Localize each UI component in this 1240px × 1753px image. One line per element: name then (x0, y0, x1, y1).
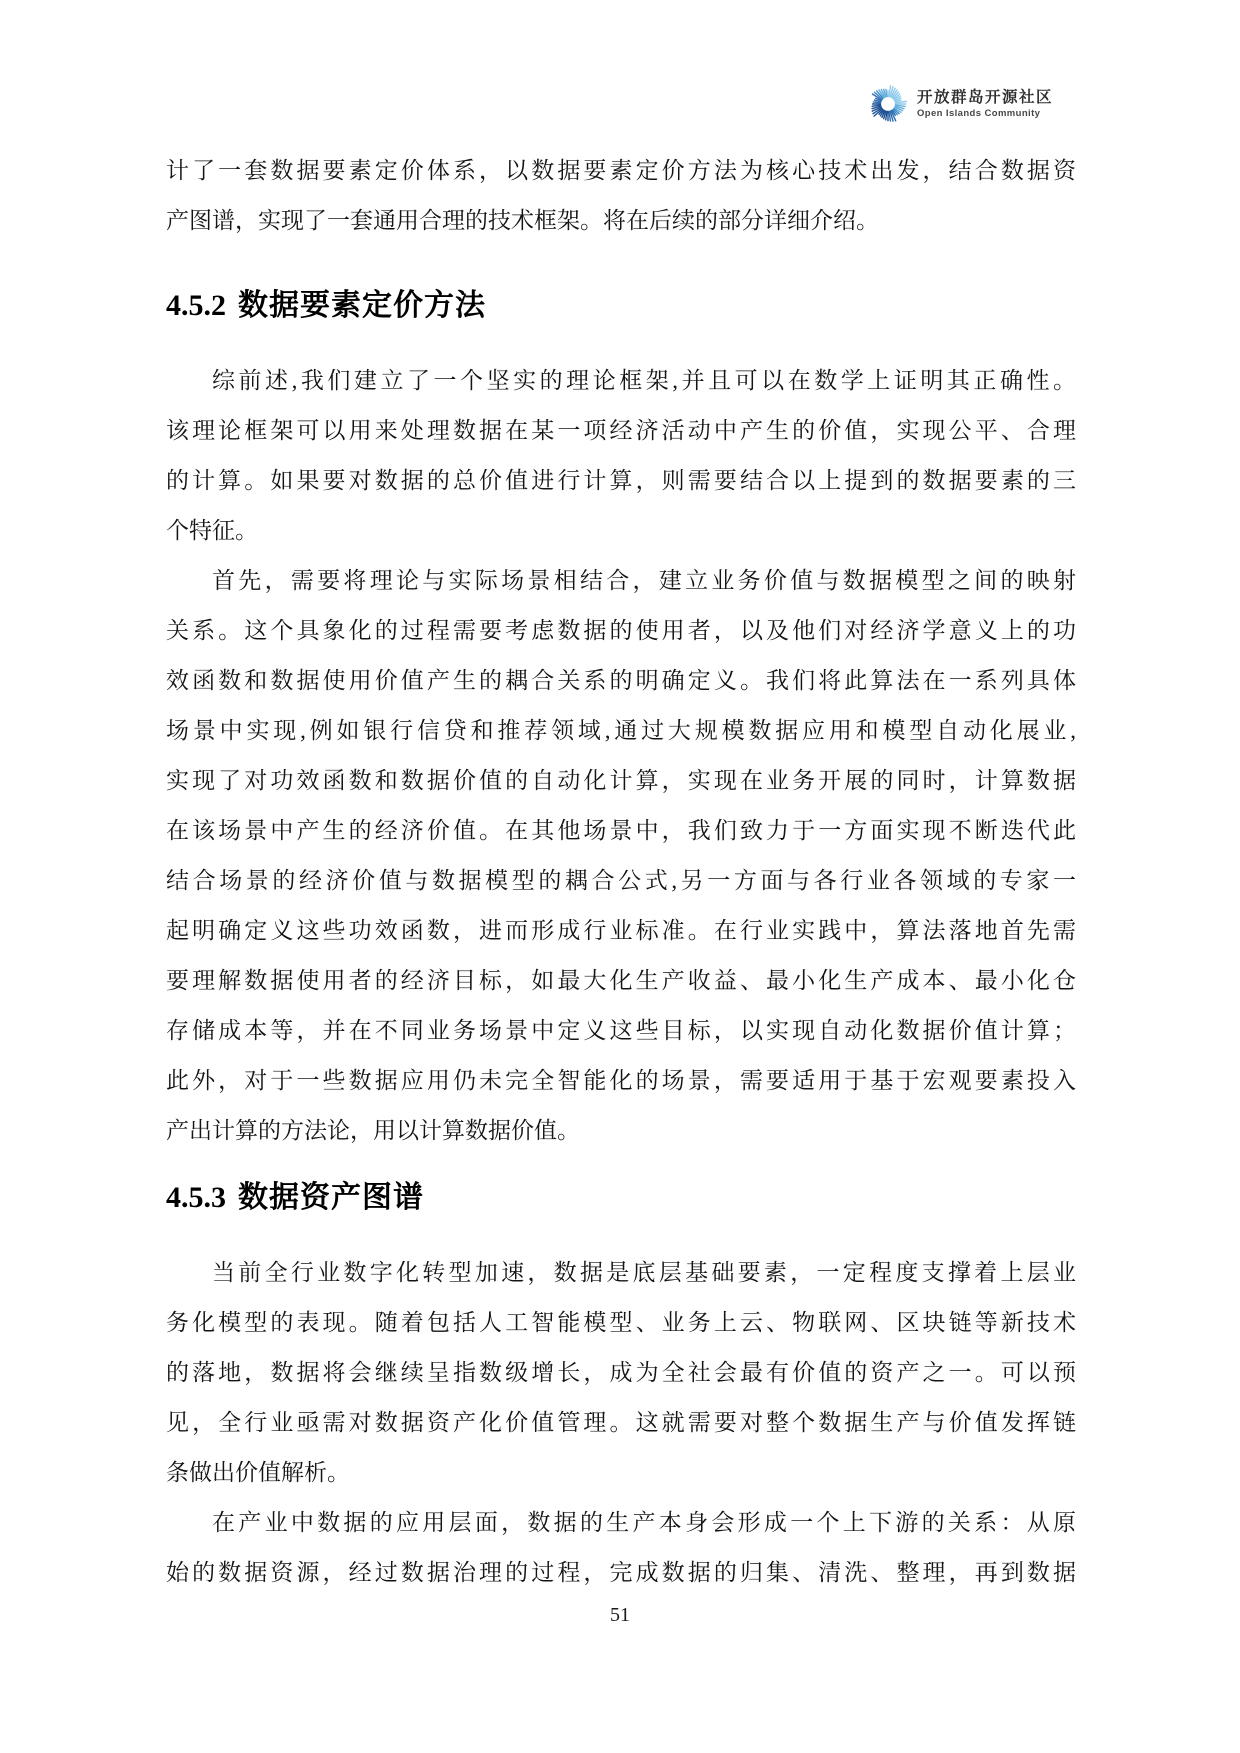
text-line: 的计算。如果要对数据的总价值进行计算，则需要结合以上提到的数据要素的三 (166, 456, 1076, 506)
text-line: 该理论框架可以用来处理数据在某一项经济活动中产生的价值，实现公平、合理 (166, 406, 1076, 456)
continuation-paragraph: 计了一套数据要素定价体系，以数据要素定价方法为核心技术出发，结合数据资产图谱，实… (166, 146, 1076, 246)
text-line: 关系。这个具象化的过程需要考虑数据的使用者，以及他们对经济学意义上的功 (166, 606, 1076, 656)
text-line: 在该场景中产生的经济价值。在其他场景中，我们致力于一方面实现不断迭代此 (166, 806, 1076, 856)
text-line: 个特征。 (166, 506, 1076, 556)
text-line: 存储成本等，并在不同业务场景中定义这些目标，以实现自动化数据价值计算； (166, 1006, 1076, 1056)
page: 开放群岛开源社区 Open Islands Community 计了一套数据要素… (0, 0, 1240, 1753)
document-body: 计了一套数据要素定价体系，以数据要素定价方法为核心技术出发，结合数据资产图谱，实… (166, 146, 1076, 1598)
para-asset-graph-1: 当前全行业数字化转型加速，数据是底层基础要素，一定程度支撑着上层业务化模型的表现… (166, 1248, 1076, 1498)
text-line: 条做出价值解析。 (166, 1448, 1076, 1498)
para-pricing-method-1: 综前述,我们建立了一个坚实的理论框架,并且可以在数学上证明其正确性。该理论框架可… (166, 356, 1076, 556)
text-line: 实现了对功效函数和数据价值的自动化计算，实现在业务开展的同时，计算数据 (166, 756, 1076, 806)
text-line: 要理解数据使用者的经济目标，如最大化生产收益、最小化生产成本、最小化仓 (166, 956, 1076, 1006)
text-line: 结合场景的经济价值与数据模型的耦合公式,另一方面与各行业各领域的专家一 (166, 856, 1076, 906)
text-line: 产图谱，实现了一套通用合理的技术框架。将在后续的部分详细介绍。 (166, 196, 1076, 246)
logo-text: 开放群岛开源社区 Open Islands Community (917, 89, 1053, 120)
page-footer: 51 (0, 1604, 1240, 1627)
text-line: 产出计算的方法论，用以计算数据价值。 (166, 1106, 1076, 1156)
header-logo: 开放群岛开源社区 Open Islands Community (868, 84, 1053, 124)
text-line: 此外，对于一些数据应用仍未完全智能化的场景，需要适用于基于宏观要素投入 (166, 1056, 1076, 1106)
text-line: 见，全行业亟需对数据资产化价值管理。这就需要对整个数据生产与价值发挥链 (166, 1398, 1076, 1448)
logo-title-zh: 开放群岛开源社区 (917, 89, 1053, 107)
para-pricing-method-2: 首先，需要将理论与实际场景相结合，建立业务价值与数据模型之间的映射关系。这个具象… (166, 556, 1076, 1156)
text-line: 计了一套数据要素定价体系，以数据要素定价方法为核心技术出发，结合数据资 (166, 146, 1076, 196)
heading-title: 数据要素定价方法 (238, 289, 486, 322)
text-line: 务化模型的表现。随着包括人工智能模型、业务上云、物联网、区块链等新技术 (166, 1298, 1076, 1348)
text-line: 综前述,我们建立了一个坚实的理论框架,并且可以在数学上证明其正确性。 (166, 356, 1076, 406)
logo-title-en: Open Islands Community (917, 108, 1053, 120)
text-line: 起明确定义这些功效函数，进而形成行业标准。在行业实践中，算法落地首先需 (166, 906, 1076, 956)
heading-title: 数据资产图谱 (238, 1181, 424, 1214)
page-number: 51 (610, 1604, 630, 1626)
section-heading-4-5-2: 4.5.2数据要素定价方法 (166, 284, 1076, 328)
heading-number: 4.5.2 (166, 289, 226, 322)
para-asset-graph-2: 在产业中数据的应用层面，数据的生产本身会形成一个上下游的关系：从原始的数据资源，… (166, 1498, 1076, 1598)
section-heading-4-5-3: 4.5.3数据资产图谱 (166, 1176, 1076, 1220)
text-line: 场景中实现,例如银行信贷和推荐领域,通过大规模数据应用和模型自动化展业, (166, 706, 1076, 756)
heading-number: 4.5.3 (166, 1181, 226, 1214)
text-line: 效函数和数据使用价值产生的耦合关系的明确定义。我们将此算法在一系列具体 (166, 656, 1076, 706)
text-line: 当前全行业数字化转型加速，数据是底层基础要素，一定程度支撑着上层业 (166, 1248, 1076, 1298)
text-line: 始的数据资源，经过数据治理的过程，完成数据的归集、清洗、整理，再到数据 (166, 1548, 1076, 1598)
text-line: 的落地，数据将会继续呈指数级增长，成为全社会最有价值的资产之一。可以预 (166, 1348, 1076, 1398)
text-line: 在产业中数据的应用层面，数据的生产本身会形成一个上下游的关系：从原 (166, 1498, 1076, 1548)
text-line: 首先，需要将理论与实际场景相结合，建立业务价值与数据模型之间的映射 (166, 556, 1076, 606)
logo-sunburst-icon (868, 84, 908, 124)
